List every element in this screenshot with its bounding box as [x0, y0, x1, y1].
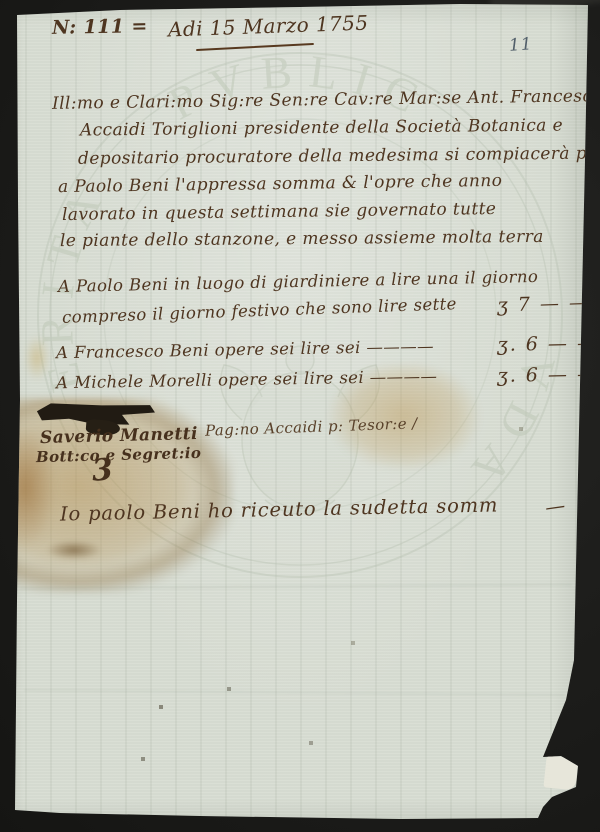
entry-michele-morelli-amount: ʒ. 6 — —	[497, 365, 598, 386]
body-line-2: Accaidi Toriglioni presidente della Soci…	[80, 117, 563, 139]
body-line-6: le piante dello stanzone, e messo assiem…	[60, 229, 544, 250]
entry-francesco-beni-amount: ʒ. 6 — —	[497, 334, 598, 355]
paper-sheet: PVBLIC ERITA VDA	[0, 0, 600, 832]
paper-specks	[0, 0, 2, 2]
entry-paolo-beni-amount: ʒ 7 — —	[497, 293, 591, 315]
torn-edge-tab	[543, 755, 578, 790]
date-line: Adi 15 Marzo 1755	[168, 13, 369, 40]
document-number: N: 111 =	[52, 17, 148, 38]
receipt-dash: —	[544, 495, 567, 518]
secretary-signature-title: Bott:co e Segret:io	[36, 446, 202, 465]
photograph-of-manuscript: PVBLIC ERITA VDA	[0, 0, 600, 832]
folio-number-pencil: 11	[508, 36, 533, 55]
signature-paraph: 3	[91, 455, 114, 486]
